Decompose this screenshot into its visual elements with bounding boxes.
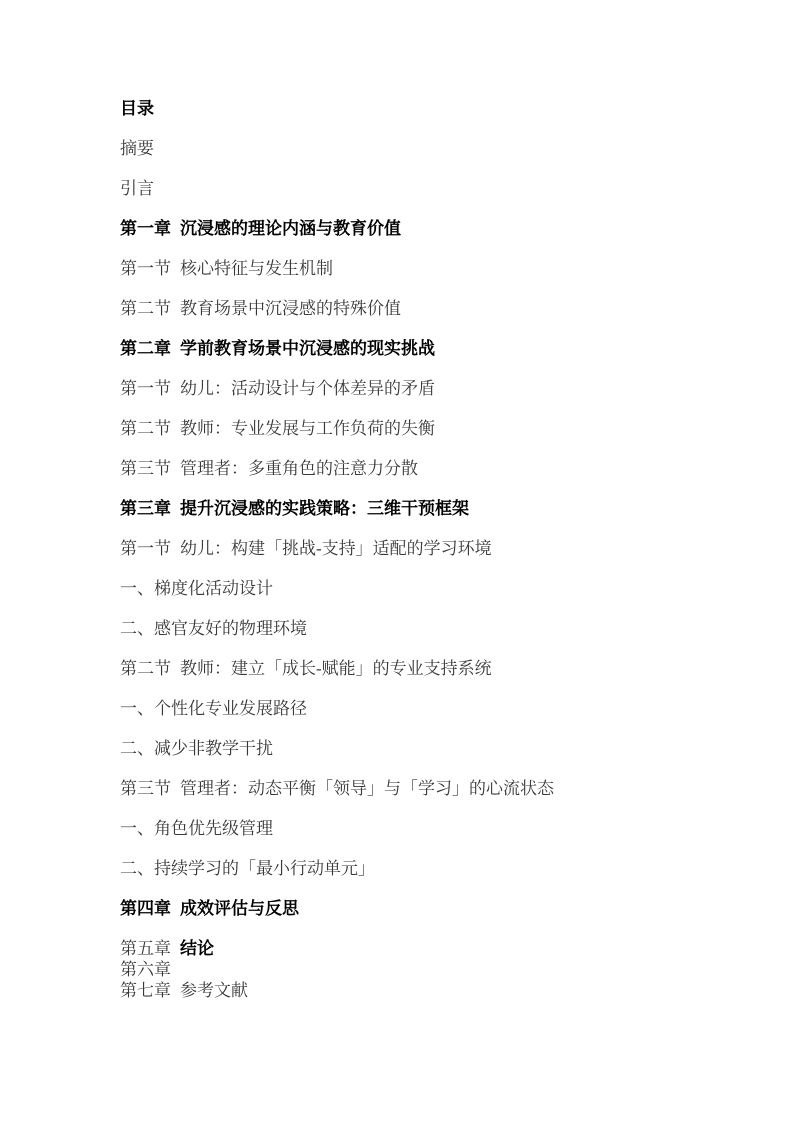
toc-item-title: 沉浸感的理论内涵与教育价值: [180, 219, 401, 238]
toc-item-prefix: 第一节: [120, 379, 171, 398]
toc-list: 摘要引言第一章沉浸感的理论内涵与教育价值第一节核心特征与发生机制第二节教育场景中…: [120, 139, 703, 1000]
toc-item: 一、个性化专业发展路径: [120, 699, 703, 718]
toc-item-prefix: 第二节: [120, 419, 171, 438]
toc-item-prefix: 第一节: [120, 539, 171, 558]
toc-item-prefix: 第七章: [120, 981, 171, 1000]
toc-item-title: 幼儿：活动设计与个体差异的矛盾: [180, 379, 435, 398]
table-of-contents: 目录 摘要引言第一章沉浸感的理论内涵与教育价值第一节核心特征与发生机制第二节教育…: [120, 99, 703, 1000]
toc-item-prefix: 第三节: [120, 779, 171, 798]
toc-item: 第七章参考文献: [120, 981, 703, 1000]
toc-item: 二、减少非教学干扰: [120, 739, 703, 758]
toc-item: 第三章提升沉浸感的实践策略：三维干预框架: [120, 499, 703, 518]
toc-item: 第一节幼儿：活动设计与个体差异的矛盾: [120, 379, 703, 398]
toc-item-title: 一、梯度化活动设计: [120, 579, 273, 598]
toc-item: 引言: [120, 179, 703, 198]
toc-item-title: 教师：专业发展与工作负荷的失衡: [180, 419, 435, 438]
toc-item-title: 教育场景中沉浸感的特殊价值: [180, 299, 401, 318]
toc-item-prefix: 第五章: [120, 939, 171, 958]
toc-item: 第二节教育场景中沉浸感的特殊价值: [120, 299, 703, 318]
toc-item: 第二节教师：专业发展与工作负荷的失衡: [120, 419, 703, 438]
toc-item: 第二章学前教育场景中沉浸感的现实挑战: [120, 339, 703, 358]
toc-item: 一、梯度化活动设计: [120, 579, 703, 598]
toc-item-title: 结论: [180, 939, 214, 958]
toc-item: 第一章沉浸感的理论内涵与教育价值: [120, 219, 703, 238]
toc-item-prefix: 第二章: [120, 339, 171, 358]
toc-item: 第一节幼儿：构建「挑战-支持」适配的学习环境: [120, 539, 703, 558]
toc-item: 第四章成效评估与反思: [120, 899, 703, 918]
toc-item-title: 成效评估与反思: [180, 899, 299, 918]
toc-item-title: 引言: [120, 179, 154, 198]
toc-item-title: 二、减少非教学干扰: [120, 739, 273, 758]
toc-item-prefix: 第三节: [120, 459, 171, 478]
toc-heading: 目录: [120, 99, 703, 118]
toc-item: 第二节教师：建立「成长-赋能」的专业支持系统: [120, 659, 703, 678]
toc-item: 第三节管理者：动态平衡「领导」与「学习」的心流状态: [120, 779, 703, 798]
toc-item: 二、感官友好的物理环境: [120, 619, 703, 638]
toc-item: 第三节管理者：多重角色的注意力分散: [120, 459, 703, 478]
toc-item-title: 二、感官友好的物理环境: [120, 619, 307, 638]
toc-item-title: 管理者：多重角色的注意力分散: [180, 459, 418, 478]
toc-item-prefix: 第三章: [120, 499, 171, 518]
toc-item: 第五章结论: [120, 939, 703, 958]
toc-item: 二、持续学习的「最小行动单元」: [120, 859, 703, 878]
document-page: 目录 摘要引言第一章沉浸感的理论内涵与教育价值第一节核心特征与发生机制第二节教育…: [0, 0, 793, 1122]
toc-item: 第一节核心特征与发生机制: [120, 259, 703, 278]
toc-item-title: 提升沉浸感的实践策略：三维干预框架: [180, 499, 469, 518]
toc-item-title: 二、持续学习的「最小行动单元」: [120, 859, 375, 878]
toc-heading-text: 目录: [120, 99, 154, 118]
toc-item-title: 学前教育场景中沉浸感的现实挑战: [180, 339, 435, 358]
toc-item: 第六章: [120, 960, 703, 979]
toc-item-title: 一、个性化专业发展路径: [120, 699, 307, 718]
toc-item-title: 幼儿：构建「挑战-支持」适配的学习环境: [180, 539, 492, 558]
toc-item-prefix: 第一节: [120, 259, 171, 278]
toc-item-title: 摘要: [120, 139, 154, 158]
toc-item-prefix: 第一章: [120, 219, 171, 238]
toc-item-prefix: 第四章: [120, 899, 171, 918]
toc-item-title: 教师：建立「成长-赋能」的专业支持系统: [180, 659, 492, 678]
toc-item-prefix: 第六章: [120, 960, 171, 979]
toc-item-title: 核心特征与发生机制: [180, 259, 333, 278]
toc-item-prefix: 第二节: [120, 299, 171, 318]
toc-item-title: 管理者：动态平衡「领导」与「学习」的心流状态: [180, 779, 554, 798]
toc-item: 摘要: [120, 139, 703, 158]
toc-item-title: 一、角色优先级管理: [120, 819, 273, 838]
toc-item: 一、角色优先级管理: [120, 819, 703, 838]
toc-item-prefix: 第二节: [120, 659, 171, 678]
toc-item-title: 参考文献: [180, 981, 248, 1000]
